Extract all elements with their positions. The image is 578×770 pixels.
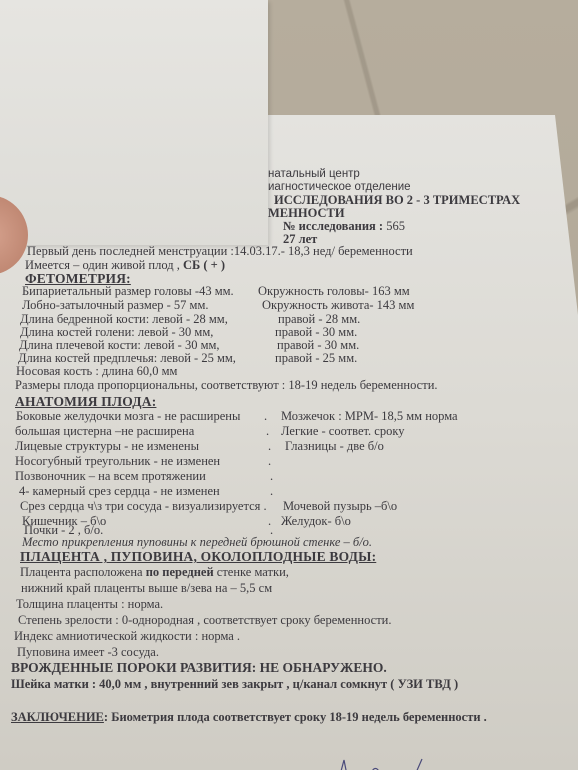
anatomy-item-right: Легкие - соответ. сроку xyxy=(281,424,404,439)
anatomy-item: Лицевые структуры - не изменены xyxy=(15,439,199,454)
separator-dot: . xyxy=(270,469,273,484)
conclusion-text: : Биометрия плода соответствует сроку 18… xyxy=(104,710,487,724)
umbilical-attachment: Место прикрепления пуповины к передней б… xyxy=(22,535,372,550)
conclusion: ЗАКЛЮЧЕНИЕ: Биометрия плода соответствуе… xyxy=(11,710,487,725)
cervix: Шейка матки : 40,0 мм , внутренний зев з… xyxy=(11,677,458,692)
umbilical-cord: Пуповина имеет -3 сосуда. xyxy=(17,645,159,660)
study-number-label: № исследования : xyxy=(283,219,383,233)
placenta-location: Плацента расположена по передней стенке … xyxy=(20,565,289,580)
anatomy-item-right: Желудок- б\о xyxy=(281,514,351,529)
placenta-thickness: Толщина плаценты : норма. xyxy=(16,597,163,612)
anatomy-item: большая цистерна –не расширена xyxy=(15,424,194,439)
placenta-heading: ПЛАЦЕНТА , ПУПОВИНА, ОКОЛОПЛОДНЫЕ ВОДЫ: xyxy=(20,549,376,565)
anatomy-item: Срез сердца ч\з три сосуда - визуализиру… xyxy=(20,499,267,514)
live-fetus-text: Имеется – один живой плод , xyxy=(25,258,183,272)
department-name: иагностическое отделение xyxy=(268,181,411,193)
conclusion-label: ЗАКЛЮЧЕНИЕ xyxy=(11,710,104,724)
anatomy-item: Носогубный треугольник - не изменен xyxy=(15,454,220,469)
placenta-maturity: Степень зрелости : 0-однородная , соотве… xyxy=(18,613,392,628)
separator-dot: . xyxy=(266,424,269,439)
center-name: натальный центр xyxy=(268,168,360,180)
anatomy-item: Боковые желудочки мозга - не расширены xyxy=(16,409,240,424)
anatomy-item-right: Мочевой пузырь –б\о xyxy=(283,499,397,514)
anatomy-item: Позвоночник – на всем протяжении xyxy=(15,469,206,484)
nasal-bone: Носовая кость : длина 60,0 мм xyxy=(16,364,177,379)
anatomy-item-right: Глазницы - две б/о xyxy=(285,439,384,454)
separator-dot: . xyxy=(270,484,273,499)
fetometry-row-right: правой - 25 мм. xyxy=(275,351,357,366)
malformations: ВРОЖДЕННЫЕ ПОРОКИ РАЗВИТИЯ: НЕ ОБНАРУЖЕН… xyxy=(11,660,387,676)
separator-dot: . xyxy=(264,409,267,424)
fetometry-row-left: Бипариетальный размер головы -43 мм. xyxy=(22,284,234,299)
anatomy-item: 4- камерный срез сердца - не изменен xyxy=(19,484,220,499)
lmp-line: Первый день последней менструации :14.03… xyxy=(27,244,413,259)
placenta-location-wall: по передней xyxy=(146,565,214,579)
fetometry-row-right: Окружность живота- 143 мм xyxy=(262,298,414,313)
separator-dot: . xyxy=(268,439,271,454)
proportional-sizes: Размеры плода пропорциональны, соответст… xyxy=(15,378,438,393)
anatomy-item-right: Мозжечок : МРМ- 18,5 мм норма xyxy=(281,409,458,424)
amniotic-index: Индекс амниотической жидкости : норма . xyxy=(14,629,240,644)
fetometry-row-left: Лобно-затылочный размер - 57 мм. xyxy=(22,298,209,313)
folded-paper-flap xyxy=(0,0,268,245)
placenta-location-prefix: Плацента расположена xyxy=(20,565,146,579)
fetometry-row-right: Окружность головы- 163 мм xyxy=(258,284,410,299)
anatomy-heading: АНАТОМИЯ ПЛОДА: xyxy=(15,394,156,410)
separator-dot: . xyxy=(268,454,271,469)
heartbeat-status: СБ ( + ) xyxy=(183,258,225,272)
study-number-value: 565 xyxy=(386,219,405,233)
placenta-location-suffix: стенке матки, xyxy=(214,565,289,579)
placenta-lower-edge: нижний край плаценты выше в/зева на – 5,… xyxy=(21,581,272,596)
signature xyxy=(330,755,430,770)
